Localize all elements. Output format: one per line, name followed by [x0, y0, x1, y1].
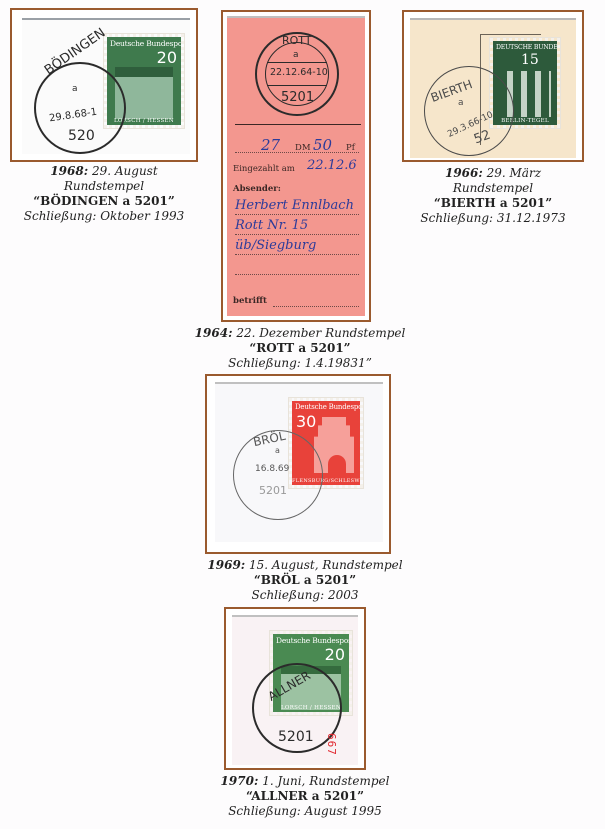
- stamp-header: Deutsche Bundespost: [295, 403, 357, 412]
- caption-year: 1968:: [50, 164, 88, 178]
- caption-closure: Schließung: August 1995: [180, 804, 430, 819]
- subject-line: [273, 306, 359, 307]
- stamp-header: DEUTSCHE BUNDESPOST: [496, 43, 554, 52]
- postmark-date: 16.8.69: [255, 464, 289, 474]
- caption-closure: Schließung: 31.12.1973: [395, 211, 591, 226]
- amount-dm-value: 27: [261, 136, 280, 154]
- sender-label: Absender:: [233, 184, 281, 194]
- stamp-header: Deutsche Bundespost: [110, 39, 178, 48]
- pf-label: Pf: [346, 143, 355, 153]
- caption-allner: 1970: 1. Juni, Rundstempel “ALLNER a 520…: [180, 774, 430, 819]
- caption-year: 1970:: [221, 774, 259, 788]
- stamp-value: 30: [296, 412, 316, 431]
- caption-closure: Schließung: 2003: [180, 588, 430, 603]
- stamp-header: Deutsche Bundespost: [276, 636, 346, 645]
- postmark-date: 22.12.64-10: [270, 67, 328, 78]
- caption-type: Rundstempel: [10, 179, 198, 194]
- caption-year: 1969:: [207, 558, 245, 572]
- caption-name: “ROTT a 5201”: [170, 341, 430, 356]
- caption-name: “BRÖL a 5201”: [180, 573, 430, 588]
- sender-line: [235, 234, 359, 235]
- stamp-frame-broel: Deutsche Bundespost 30 FLENSBURG/SCHLESW…: [205, 374, 391, 554]
- caption-date: 15. August, Rundstempel: [245, 558, 402, 572]
- paid-label: Eingezahlt am: [233, 164, 295, 174]
- caption-bierth: 1966: 29. März Rundstempel “BIERTH a 520…: [395, 166, 591, 226]
- form-divider: [235, 124, 361, 125]
- stamp-frame-rott: ROTT a 22.12.64-10 5201 27 DM 50 Pf Eing…: [221, 10, 371, 322]
- paid-date-value: 22.12.6: [307, 158, 357, 173]
- caption-year: 1966:: [445, 166, 483, 180]
- caption-type: Rundstempel: [395, 181, 591, 196]
- postmark-town: ROTT: [282, 34, 312, 47]
- dm-label: DM: [295, 143, 311, 153]
- sender-line: [235, 214, 359, 215]
- caption-closure: Schließung: Oktober 1993: [10, 209, 198, 224]
- postmark-sub: a: [458, 98, 464, 108]
- caption-date: 29. August: [88, 164, 158, 178]
- caption-rott: 1964: 22. Dezember Rundstempel “ROTT a 5…: [170, 326, 430, 371]
- subject-label: betrifft: [233, 296, 267, 306]
- stamp-value: 20: [325, 645, 345, 664]
- postmark-zip: 5201: [281, 90, 314, 105]
- caption-date: 22. Dezember Rundstempel: [233, 326, 406, 340]
- caption-name: “BIERTH a 5201”: [395, 196, 591, 211]
- caption-date: 29. März: [483, 166, 541, 180]
- stamp-frame-boedingen: Deutsche Bundespost 20 LORSCH / HESSEN B…: [10, 8, 198, 162]
- postmark-zip: 5201: [259, 484, 287, 497]
- sender-line: [235, 274, 359, 275]
- postmark-zip: 520: [68, 128, 95, 144]
- postmark-zip: 5201: [278, 729, 314, 745]
- caption-name: “ALLNER a 5201”: [180, 789, 430, 804]
- caption-year: 1964:: [195, 326, 233, 340]
- caption-broel: 1969: 15. August, Rundstempel “BRÖL a 52…: [180, 558, 430, 603]
- postmark-sub: a: [293, 50, 299, 60]
- postmark-sub: a: [72, 84, 78, 94]
- caption-closure: Schließung: 1.4.19831”: [170, 356, 430, 371]
- sender-line-1: Herbert Ennlbach: [235, 198, 354, 213]
- caption-date: 1. Juni, Rundstempel: [258, 774, 389, 788]
- caption-boedingen: 1968: 29. August Rundstempel “BÖDINGEN a…: [10, 164, 198, 224]
- postmark-sub: a: [275, 446, 280, 455]
- sender-line-3: üb/Siegburg: [235, 238, 316, 253]
- stamp-value: 15: [521, 52, 539, 68]
- stamp-frame-bierth: DEUTSCHE BUNDESPOST 15 BERLIN-TEGEL BIER…: [402, 10, 584, 162]
- amount-pf-value: 50: [313, 136, 332, 154]
- sender-line: [235, 254, 359, 255]
- stamp-value: 20: [157, 48, 177, 67]
- sender-line-2: Rott Nr. 15: [235, 218, 308, 233]
- serial-number: 667: [325, 733, 338, 756]
- stamp-frame-allner: Deutsche Bundespost 20 LORSCH / HESSEN A…: [224, 607, 366, 770]
- gate-arch: [328, 455, 346, 473]
- caption-name: “BÖDINGEN a 5201”: [10, 194, 198, 209]
